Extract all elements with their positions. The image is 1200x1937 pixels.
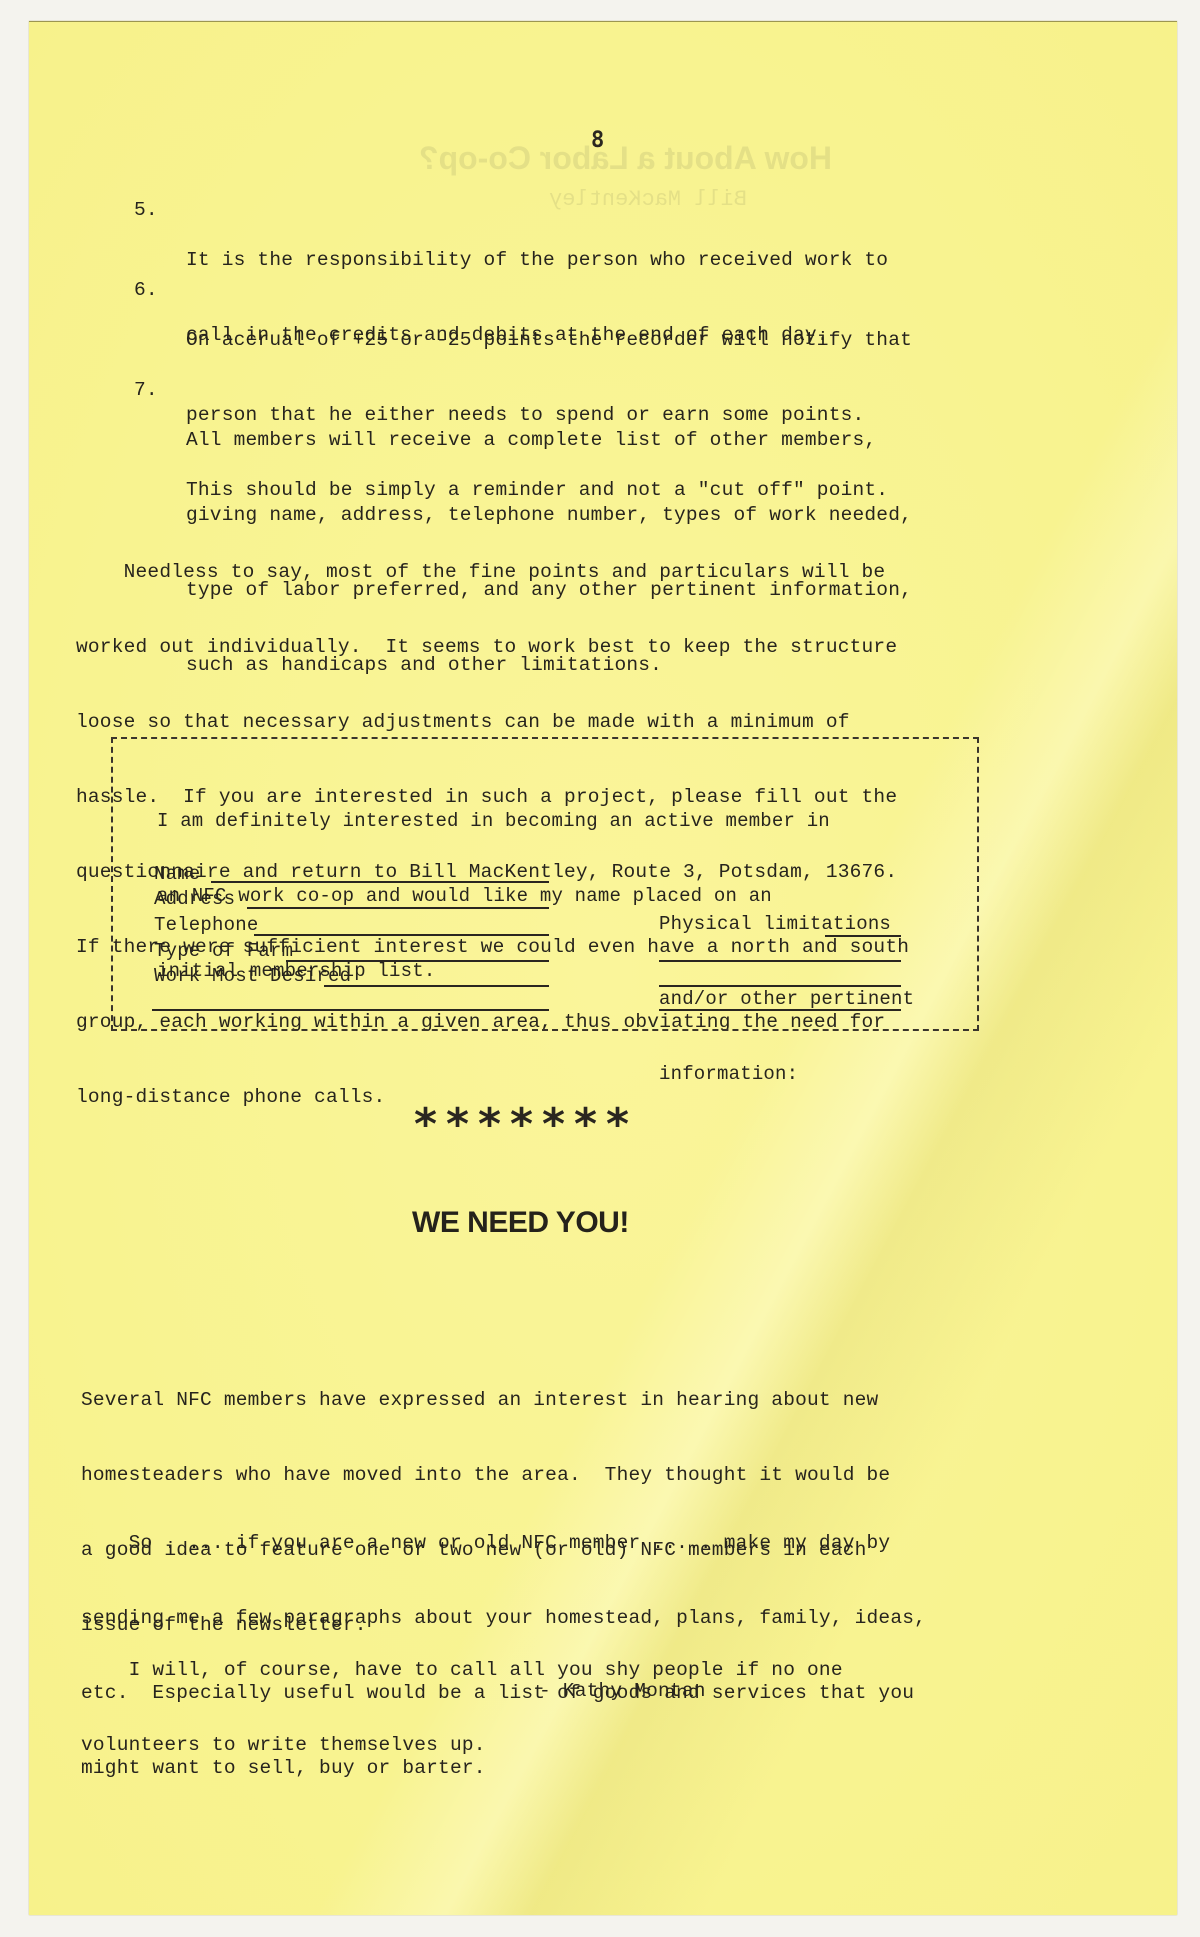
list-number: 6.	[134, 278, 158, 303]
physical-label-line: information:	[659, 1062, 914, 1087]
field-telephone-label: Telephone	[154, 913, 258, 938]
paragraph-line: loose so that necessary adjustments can …	[76, 710, 909, 735]
field-work-desired-label: Work Most Desired	[154, 964, 351, 989]
section-separator-stars: *******	[414, 1099, 638, 1150]
paragraph-line: worked out individually. It seems to wor…	[76, 635, 909, 660]
field-work-desired-input[interactable]	[324, 985, 549, 987]
field-name-input[interactable]	[211, 881, 549, 883]
field-farm-type-input[interactable]	[286, 960, 549, 962]
paragraph-line: Several NFC members have expressed an in…	[81, 1388, 890, 1413]
field-telephone-input[interactable]	[254, 934, 549, 936]
physical-info-input-3[interactable]	[659, 985, 901, 987]
membership-form: I am definitely interested in becoming a…	[111, 737, 979, 1031]
list-line: It is the responsibility of the person w…	[186, 248, 888, 273]
newsletter-page: How About a Labor Co-op? Bill MacKentley…	[29, 21, 1177, 1915]
paragraph-will: I will, of course, have to call all you …	[81, 1608, 843, 1808]
physical-info-input-4[interactable]	[659, 1009, 901, 1011]
list-number: 7.	[134, 378, 158, 403]
physical-info-input-2[interactable]	[659, 960, 901, 962]
paragraph-line: I will, of course, have to call all you …	[81, 1658, 843, 1683]
field-name-label: Name	[154, 862, 200, 887]
paragraph-line: volunteers to write themselves up.	[81, 1733, 843, 1758]
list-line: On accrual of +25 or -25 points the reco…	[186, 328, 912, 353]
list-line: All members will receive a complete list…	[186, 428, 912, 453]
list-number: 5.	[134, 198, 158, 223]
page-number: 8	[591, 128, 604, 153]
physical-label-line: Physical limitations	[659, 912, 914, 937]
field-extra-line-input[interactable]	[152, 1009, 549, 1011]
list-item-5: 5. It is the responsibility of the perso…	[134, 198, 1084, 258]
bleed-through-title: How About a Labor Co-op?	[419, 140, 832, 177]
field-farm-type-label: Type of Farm	[154, 939, 293, 964]
form-intro-line: I am definitely interested in becoming a…	[157, 809, 830, 834]
paragraph-line: So . ... if you are a new or old NFC mem…	[81, 1531, 926, 1556]
physical-limitations-label: Physical limitations and/or other pertin…	[659, 862, 914, 1137]
signature: - Kathy Montan	[539, 1679, 706, 1704]
physical-info-input-1[interactable]	[825, 935, 901, 937]
field-address-label: Address	[154, 887, 235, 912]
list-item-7: 7. All members will receive a complete l…	[134, 378, 1084, 483]
list-item-6: 6. On accrual of +25 or -25 points the r…	[134, 278, 1084, 358]
headline-we-need-you: WE NEED YOU!	[412, 1206, 629, 1240]
paragraph-line: Needless to say, most of the fine points…	[76, 560, 909, 585]
field-address-input[interactable]	[247, 907, 549, 909]
